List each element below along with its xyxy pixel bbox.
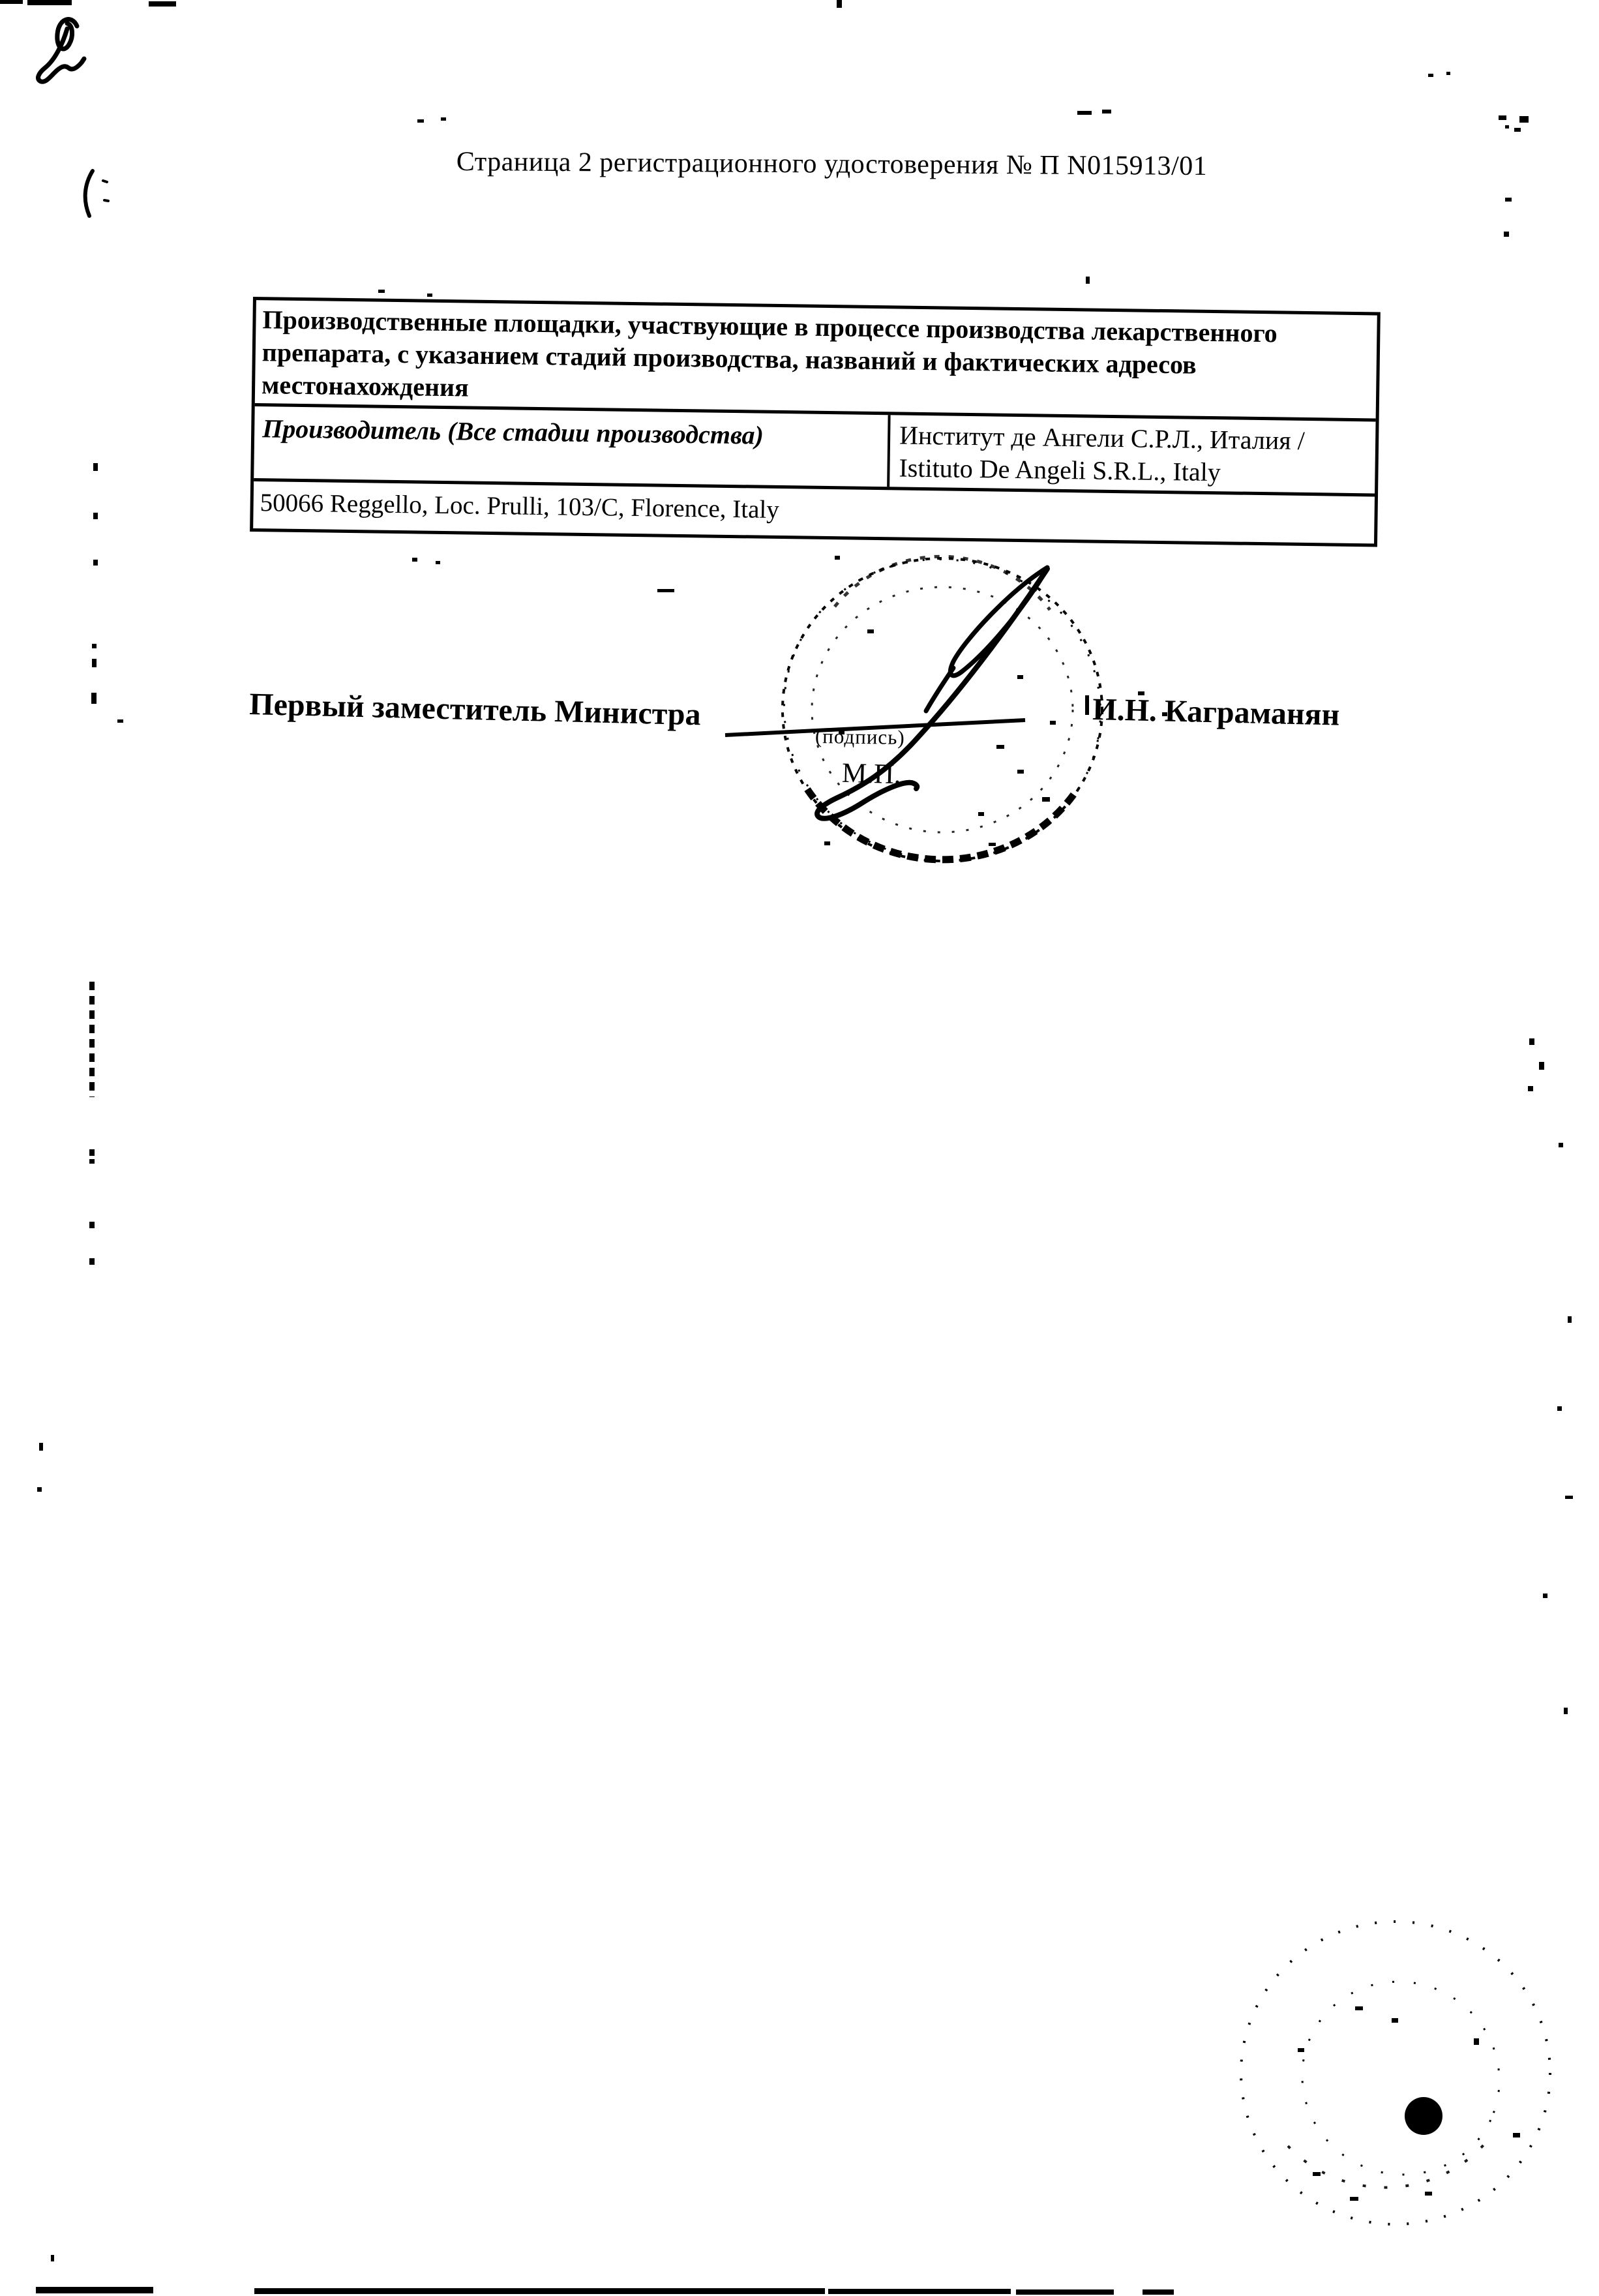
handwritten-page-number <box>38 20 84 82</box>
corner-seal <box>1241 1922 1550 2224</box>
scanned-document-page: { "page": { "page_number_annotation": "2… <box>0 0 1599 2296</box>
signatory-name: И.Н. Каграманян <box>1092 691 1340 733</box>
manufacturer-label-cell: Производитель (Все стадии производства) <box>254 406 890 487</box>
signature-caption: (подпись) <box>815 725 905 749</box>
manufacturer-value-cell: Институт де Ангели С.Р.Л., Италия / Isti… <box>889 415 1375 493</box>
seal-caption: М.П. <box>841 757 901 791</box>
table-header-cell: Производственные площадки, участвующие в… <box>255 300 1377 421</box>
ministry-seal <box>758 532 1127 887</box>
margin-paren-mark <box>85 171 108 216</box>
signatory-role: Первый заместитель Министра <box>249 686 702 733</box>
seal-ink-dot <box>1405 2097 1442 2135</box>
page-title: Страница 2 регистрационного удостоверени… <box>456 146 1208 182</box>
production-sites-table: Производственные площадки, участвующие в… <box>250 297 1381 547</box>
